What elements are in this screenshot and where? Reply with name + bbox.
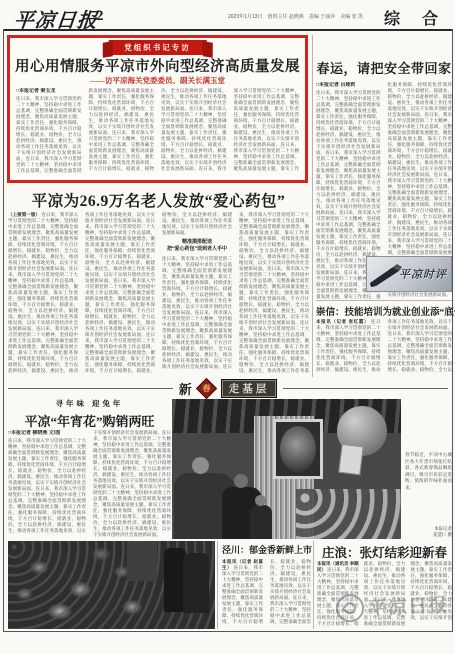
- chunyun-headline: 春运，请把安全带回家: [316, 58, 452, 77]
- chongxin-body-text: 连日来，我市深入学习贯彻党的二十大精神，坚持稳中求进工作总基调，完整准确全面贯彻…: [316, 319, 452, 372]
- aiyao-article-body: （上接第一版） 连日来，我市深入学习贯彻党的二十大精神，坚持稳中求进工作总基调，…: [8, 212, 309, 375]
- header-meta: 2023年1月13日 值班主任 赵晓燕 责编 王丽萍 美编 张 凯: [228, 13, 363, 20]
- zhuanglang-headline: 庄浪：张灯结彩迎新春: [317, 543, 452, 561]
- huahui-headline: 平凉“年宵花”购销两旺: [8, 411, 171, 430]
- photo-credit: 本报记者 姜慧仁 摄: [405, 526, 452, 538]
- photo-caption-text: 春节临近，平凉中心城区各大年货市场张灯结彩，各式新春饰品琳琅满目，吸引市民驻足选…: [405, 452, 452, 491]
- photo-stall: [127, 541, 157, 581]
- continued-from-label: （上接第一版）: [8, 212, 40, 217]
- section-divider: [316, 300, 452, 301]
- spring-diamond-icon: 春: [196, 377, 217, 398]
- aiyao-headline: 平凉为26.9万名老人发放“爱心药包”: [8, 189, 309, 211]
- lead-article-body: □本报记者 秦玉龙 连日来，我市深入学习贯彻党的二十大精神，坚持稳中求进工作总基…: [16, 88, 299, 176]
- shiping-badge-label: 平凉时评: [399, 266, 447, 282]
- section-label: 综 合: [384, 6, 447, 29]
- photo-price-tag: [338, 444, 363, 475]
- aiyao-story: 平凉为26.9万名老人发放“爱心药包” （上接第一版） 连日来，我市深入学习贯彻…: [8, 186, 309, 377]
- zhuanglang-body-text: 连日来，我市深入学习贯彻党的二十大精神，坚持稳中求进工作总基调，完整准确全面贯彻…: [317, 561, 452, 626]
- photo-figure-2: [183, 553, 209, 613]
- jingchuan-body-text: 连日来，我市深入学习贯彻党的二十大精神，坚持稳中求进工作总基调，完整准确全面贯彻…: [222, 559, 311, 624]
- diamond-char: 春: [202, 384, 210, 392]
- huahui-story: 寻年味 迎兔年 平凉“年宵花”购销两旺 □本报记者 柳晓燕 文/图 连日来，我市…: [8, 398, 171, 538]
- lead-story-box: 党组织书记专访 用心用情服务平凉市外向型经济高质量发展 ——访平凉海关党委委员、…: [7, 35, 308, 183]
- chongxin-article-body: 本报讯（记者 张红霞） 连日来，我市深入学习贯彻党的二十大精神，坚持稳中求进工作…: [316, 319, 452, 377]
- newspaper-page: 平凉日报 2 2023年1月13日 值班主任 赵晓燕 责编 王丽萍 美编 张 凯…: [0, 0, 455, 654]
- chongxin-headline: 崇信：技能培训为就业创业添“底气”: [316, 304, 452, 318]
- banner-prefix-char: 新: [179, 379, 192, 398]
- chongxin-lead-in: 本报讯（记者 张红霞）: [316, 319, 369, 324]
- zhuanglang-story: 庄浪：张灯结彩迎新春 本报讯（通讯员 李顺民） 连日来，我市深入学习贯彻党的二十…: [317, 543, 452, 629]
- aiyao-body-text-2: 连日来，我市深入学习贯彻党的二十大精神，坚持稳中求进工作总基调，完整准确全面贯彻…: [162, 212, 309, 373]
- huahui-kicker: 寻年味 迎兔年: [8, 398, 171, 409]
- jingchuan-article-body: 本报讯（记者 赵富生） 连日来，我市深入学习贯彻党的二十大精神，坚持稳中求进工作…: [222, 559, 311, 629]
- huahui-body-text: 连日来，我市深入学习贯彻党的二十大精神，坚持稳中求进工作总基调，完整准确全面贯彻…: [8, 430, 171, 537]
- market-decorations-photo: [172, 399, 401, 539]
- column-divider: [313, 541, 314, 629]
- photo-credit-line2: 姜慧仁 摄: [405, 532, 452, 538]
- photo-ornament-plaque: [273, 419, 323, 479]
- new-spring-banner: 新 春 走基层: [8, 379, 448, 397]
- banner-emblem: 新 春 走基层: [173, 379, 284, 398]
- shiping-badge: 平凉时评: [366, 256, 452, 292]
- chunyun-byline: □本报记者 吕娅莉: [316, 82, 381, 88]
- lead-subhead: ——访平凉海关党委委员、副关长满玉堂: [10, 75, 305, 86]
- photo-shopper-child: [250, 505, 272, 539]
- photo-merchandise: [296, 489, 401, 539]
- pen-icon: [369, 263, 403, 287]
- banner-rule-left: [8, 388, 173, 389]
- flower-market-photo: [8, 541, 215, 629]
- photo-caption: 春节临近，平凉中心城区各大年货市场张灯结彩，各式新春饰品琳琅满目，吸引市民驻足选…: [405, 452, 452, 538]
- kicker-ribbon: 党组织书记专访: [108, 40, 207, 55]
- page-number: 2: [96, 8, 104, 25]
- lead-byline: □本报记者 秦玉龙: [16, 88, 82, 94]
- banner-suffix-box: 走基层: [221, 379, 278, 398]
- jingchuan-story: 泾川：郁金香新鲜上市 本报讯（记者 赵富生） 连日来，我市深入学习贯彻党的二十大…: [222, 543, 311, 629]
- column-divider: [312, 35, 313, 377]
- jingchuan-headline: 泾川：郁金香新鲜上市: [222, 543, 311, 556]
- banner-rule-right: [283, 388, 448, 389]
- lead-headline: 用心用情服务平凉市外向型经济高质量发展: [10, 55, 305, 76]
- zhuanglang-article-body: 本报讯（通讯员 李顺民） 连日来，我市深入学习贯彻党的二十大精神，坚持稳中求进工…: [317, 561, 452, 629]
- lead-body-text: 连日来，我市深入学习贯彻党的二十大精神，坚持稳中求进工作总基调，完整准确全面贯彻…: [16, 88, 299, 173]
- aiyao-inline-subhead: 精准摸排配送 把“爱心药包”送到老人手中: [162, 239, 232, 253]
- chongxin-story: 崇信：技能培训为就业创业添“底气” 本报讯（记者 张红霞） 连日来，我市深入学习…: [316, 304, 452, 377]
- huahui-article-body: □本报记者 柳晓燕 文/图 连日来，我市深入学习贯彻党的二十大精神，坚持稳中求进…: [8, 430, 171, 538]
- huahui-byline: □本报记者 柳晓燕 文/图: [8, 430, 86, 436]
- column-divider: [217, 541, 218, 629]
